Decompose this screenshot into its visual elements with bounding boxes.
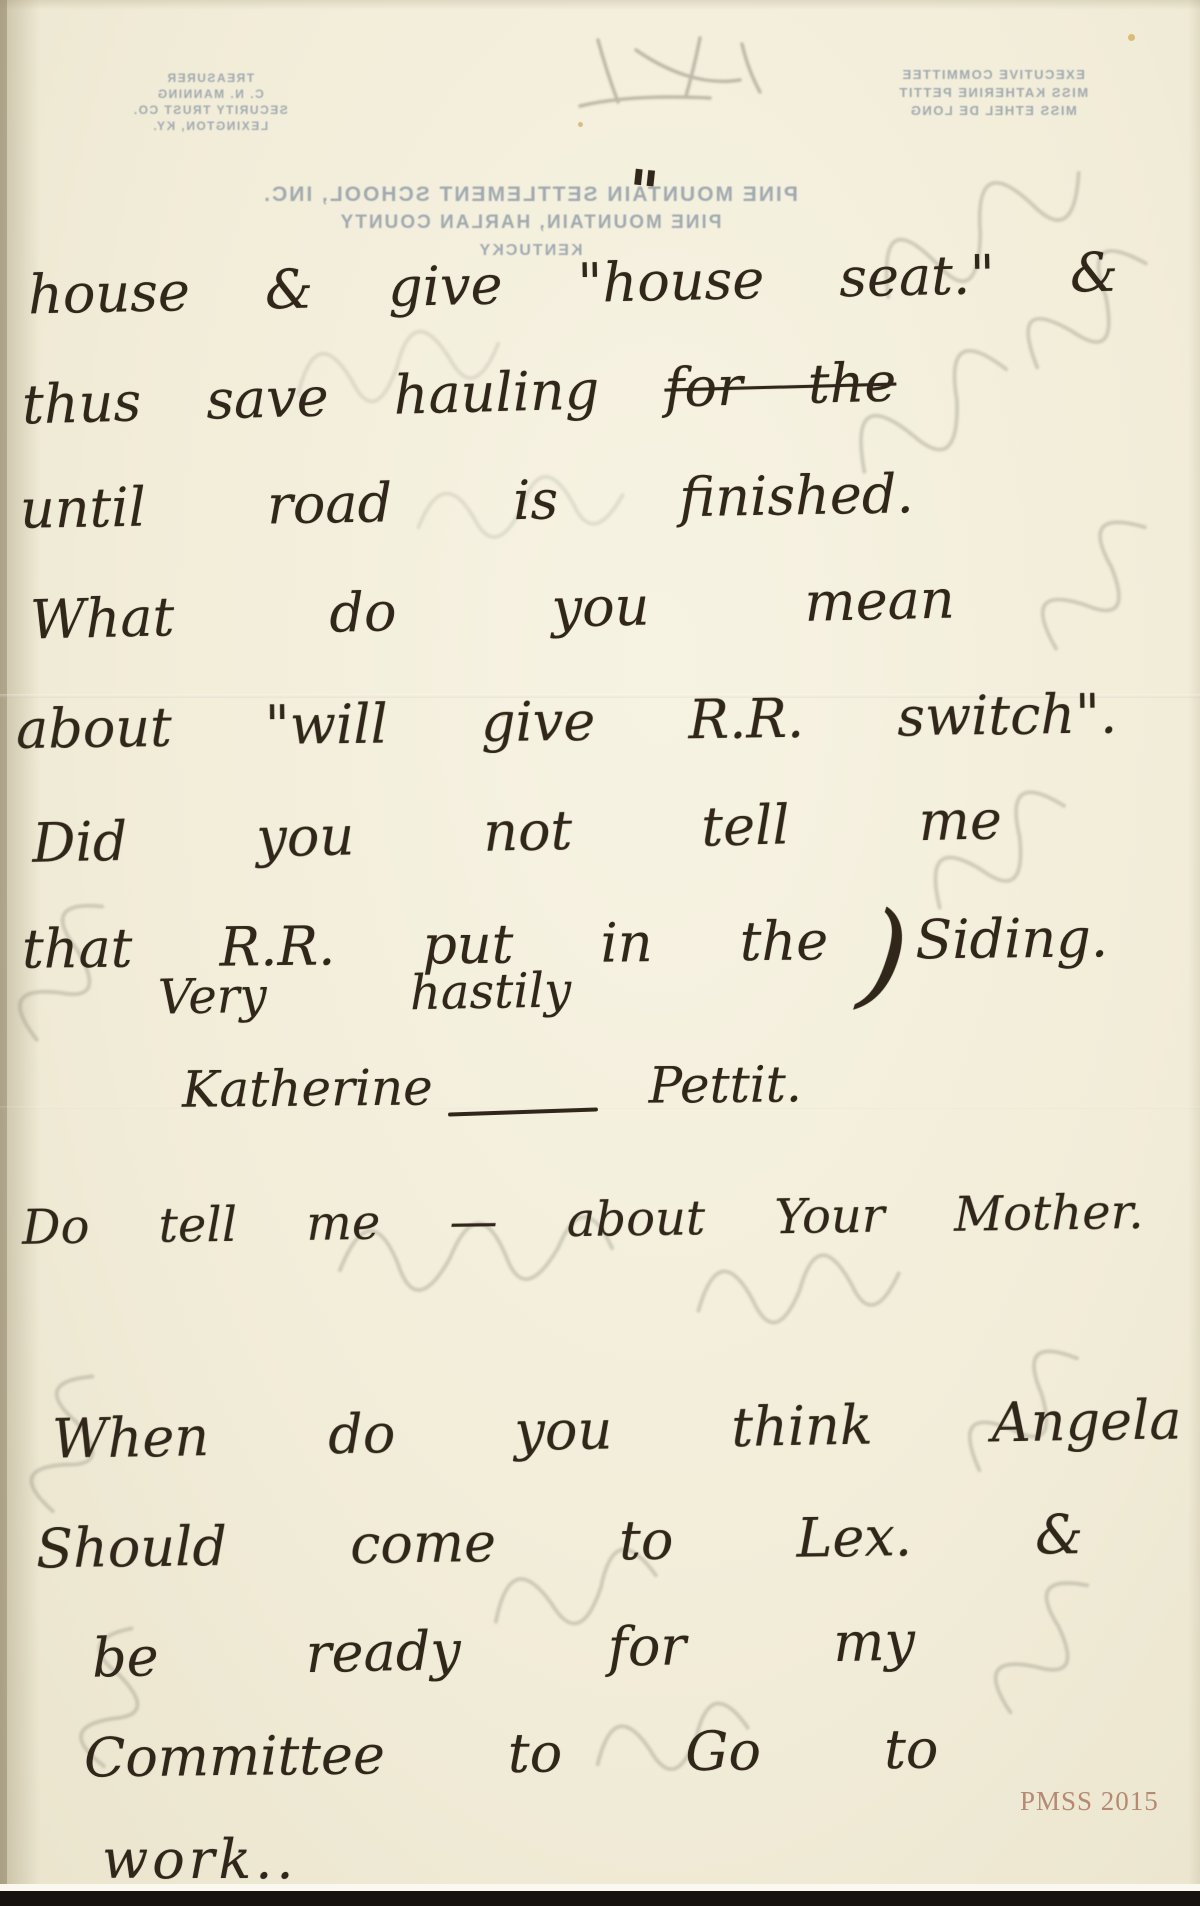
letterhead-line: MISS KATHERINE PETTIT [848, 84, 1138, 102]
letterhead-line: MISS ETHEL DE LONG [848, 102, 1138, 120]
letterhead-org-address: PINE MOUNTAIN, HARLAN COUNTY [180, 208, 880, 238]
letterhead-line: SECURITY TRUST CO. [80, 102, 340, 118]
pencil-scribble [580, 38, 760, 106]
handwriting-line: Committee to Go to [84, 1718, 939, 1790]
letterhead-treasurer-block: TREASURER C. N. MANNING SECURITY TRUST C… [80, 70, 340, 134]
letter-page: TREASURER C. N. MANNING SECURITY TRUST C… [0, 0, 1200, 1906]
letterhead-line: TREASURER [80, 70, 340, 86]
handwriting-line: work.. [102, 1828, 298, 1891]
strikethrough-text: for the [664, 351, 897, 420]
handwriting-closing: Very hastily [158, 962, 572, 1025]
letterhead-line: LEXINGTON, KY. [80, 118, 340, 134]
archive-watermark: PMSS 2015 [1020, 1786, 1159, 1817]
letterhead-line: C. N. MANNING [80, 86, 340, 102]
letterhead-line: EXECUTIVE COMMITTEE [848, 66, 1138, 84]
handwriting-signature: Katherine Pettit. [182, 1055, 802, 1118]
letterhead-committee-block: EXECUTIVE COMMITTEE MISS KATHERINE PETTI… [848, 66, 1138, 120]
letterhead-org-name: PINE MOUNTAIN SETTLEMENT SCHOOL, INC. [180, 182, 880, 208]
